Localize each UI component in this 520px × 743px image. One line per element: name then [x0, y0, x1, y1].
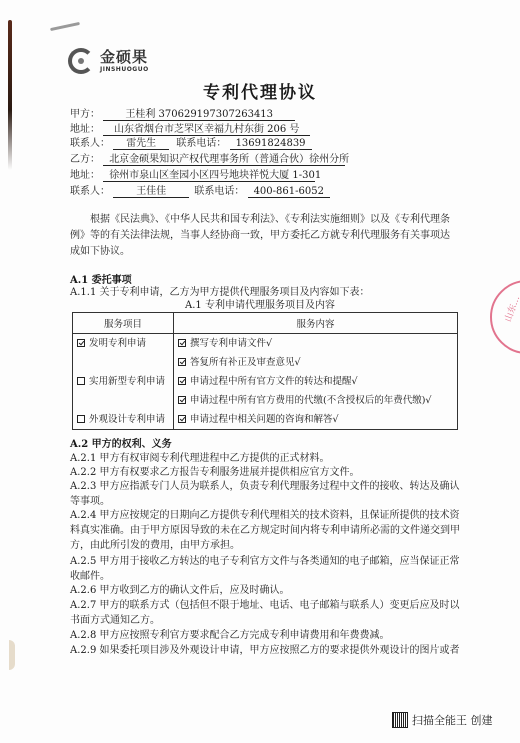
- checkbox-checked-icon[interactable]: [178, 339, 186, 347]
- service-item-utility-model[interactable]: 实用新型专利申请: [73, 372, 173, 391]
- party-b-phone-label: 联系电话：: [194, 182, 244, 197]
- service-content-item[interactable]: 申请过程中所有官方文件的转达和提醒√: [174, 372, 457, 391]
- company-seal: 山东…: [490, 280, 520, 354]
- table-caption: A.1 专利申请代理服务项目及内容: [0, 296, 520, 311]
- logo-name-cn: 金硕果: [100, 50, 149, 65]
- party-b-row: 乙方： 北京金硕果知识产权代理事务所（普通合伙）徐州分所: [70, 150, 345, 166]
- section-a2-heading: A.2 甲方的权利、义务: [70, 437, 460, 452]
- section-a2-item: A.2.8 甲方应按照专利官方要求配合乙方完成专利申请费用和年费费减。: [70, 628, 460, 643]
- party-b-address-row: 地址： 徐州市泉山区奎园小区四号地块祥悦大厦 1-301: [70, 166, 315, 182]
- service-item-spacer: [73, 353, 173, 372]
- party-a-contact-label: 联系人：: [70, 134, 110, 149]
- party-b-label: 乙方：: [70, 150, 100, 165]
- company-logo: 金硕果 JINSHUOGUO: [68, 48, 149, 74]
- section-a2-item: A.2.1 甲方有权审阅专利代理进程中乙方提供的正式材料。: [70, 451, 460, 466]
- checkbox-unchecked-icon[interactable]: [77, 415, 85, 423]
- party-b-address-label: 地址：: [70, 166, 100, 181]
- checkbox-checked-icon[interactable]: [178, 415, 186, 423]
- service-content-item[interactable]: 答复所有补正及审查意见√: [174, 353, 457, 372]
- service-table: 服务项目 服务内容 发明专利申请 实用新型专利申请 外观设计专利申请 撰写专利申…: [72, 312, 458, 430]
- checkbox-checked-icon[interactable]: [178, 396, 186, 404]
- table-header-items: 服务项目: [73, 313, 174, 334]
- party-b-contact-row: 联系人： 王佳佳 联系电话： 400-861-6052: [70, 182, 330, 198]
- document-title: 专利代理协议: [0, 78, 520, 103]
- scanner-watermark: 扫描全能王 创建: [392, 712, 493, 728]
- party-b-value: 北京金硕果知识产权代理事务所（普通合伙）徐州分所: [103, 150, 345, 166]
- logo-name-en: JINSHUOGUO: [100, 67, 149, 73]
- section-a2-item: A.2.4 甲方应按规定的日期向乙方提供专利代理相关的技术资料，且保证所提供的技…: [70, 508, 460, 553]
- service-content-item[interactable]: 申请过程中相关问题的咨询和解答√: [174, 410, 457, 429]
- party-a-row: 甲方： 王桂利 370629197307263413: [70, 105, 295, 121]
- checkbox-checked-icon[interactable]: [77, 339, 85, 347]
- service-contents-column: 撰写专利申请文件√ 答复所有补正及审查意见√ 申请过程中所有官方文件的转达和提醒…: [174, 334, 458, 430]
- section-a2-item: A.2.2 甲方有权要求乙方报告专利服务进展并提供相应官方文件。: [70, 465, 460, 480]
- party-b-address-value: 徐州市泉山区奎园小区四号地块祥悦大厦 1-301: [103, 166, 315, 182]
- checkbox-checked-icon[interactable]: [178, 358, 186, 366]
- party-a-label: 甲方：: [70, 105, 100, 120]
- intro-paragraph: 根据《民法典》、《中华人民共和国专利法》、《专利法实施细则》以及《专利代理条例》…: [70, 212, 455, 260]
- section-a2-item: A.2.9 如果委托项目涉及外观设计申请，甲方应按照乙方的要求提供外观设计的图片…: [70, 643, 460, 658]
- page-edge-fold: [9, 640, 15, 670]
- service-item-invention[interactable]: 发明专利申请: [73, 334, 173, 353]
- party-a-value: 王桂利 370629197307263413: [103, 105, 295, 121]
- checkbox-checked-icon[interactable]: [178, 377, 186, 385]
- party-a-phone-value: 13691824839: [230, 138, 312, 150]
- qr-code-icon: [392, 712, 408, 728]
- section-a2-item: A.2.5 甲方用于接收乙方转达的电子专利官方文件与各类通知的电子邮箱，应当保证…: [70, 554, 460, 584]
- staple: [50, 22, 80, 31]
- table-header-contents: 服务内容: [174, 313, 458, 334]
- service-items-column: 发明专利申请 实用新型专利申请 外观设计专利申请: [73, 334, 174, 430]
- checkbox-unchecked-icon[interactable]: [77, 377, 85, 385]
- party-a-phone-label: 联系电话：: [176, 134, 226, 149]
- section-a2-item: A.2.6 甲方收到乙方的确认文件后，应及时确认。: [70, 583, 460, 598]
- logo-icon: [68, 48, 94, 74]
- service-item-design[interactable]: 外观设计专利申请: [73, 410, 173, 429]
- party-b-contact-label: 联系人：: [70, 182, 110, 197]
- seal-text: 山东…: [501, 294, 520, 324]
- party-b-contact-value: 王佳佳: [113, 182, 189, 198]
- section-a2-item: A.2.7 甲方的联系方式（包括但不限于地址、电话、电子邮箱与联系人）变更后应及…: [70, 598, 460, 628]
- party-a-address-label: 地址：: [70, 120, 100, 135]
- party-a-contact-value: 雷先生: [113, 134, 169, 150]
- service-item-spacer: [73, 391, 173, 410]
- party-b-phone-value: 400-861-6052: [248, 186, 330, 198]
- watermark-text: 扫描全能王 创建: [412, 712, 493, 728]
- section-a2-item: A.2.3 甲方应指派专门人员为联系人，负责专利代理服务过程中文件的接收、转达及…: [70, 479, 460, 509]
- party-a-contact-row: 联系人： 雷先生 联系电话： 13691824839: [70, 134, 312, 150]
- service-content-item[interactable]: 申请过程中所有官方费用的代缴(不含授权后的年费代缴)√: [174, 391, 457, 410]
- service-content-item[interactable]: 撰写专利申请文件√: [174, 334, 457, 353]
